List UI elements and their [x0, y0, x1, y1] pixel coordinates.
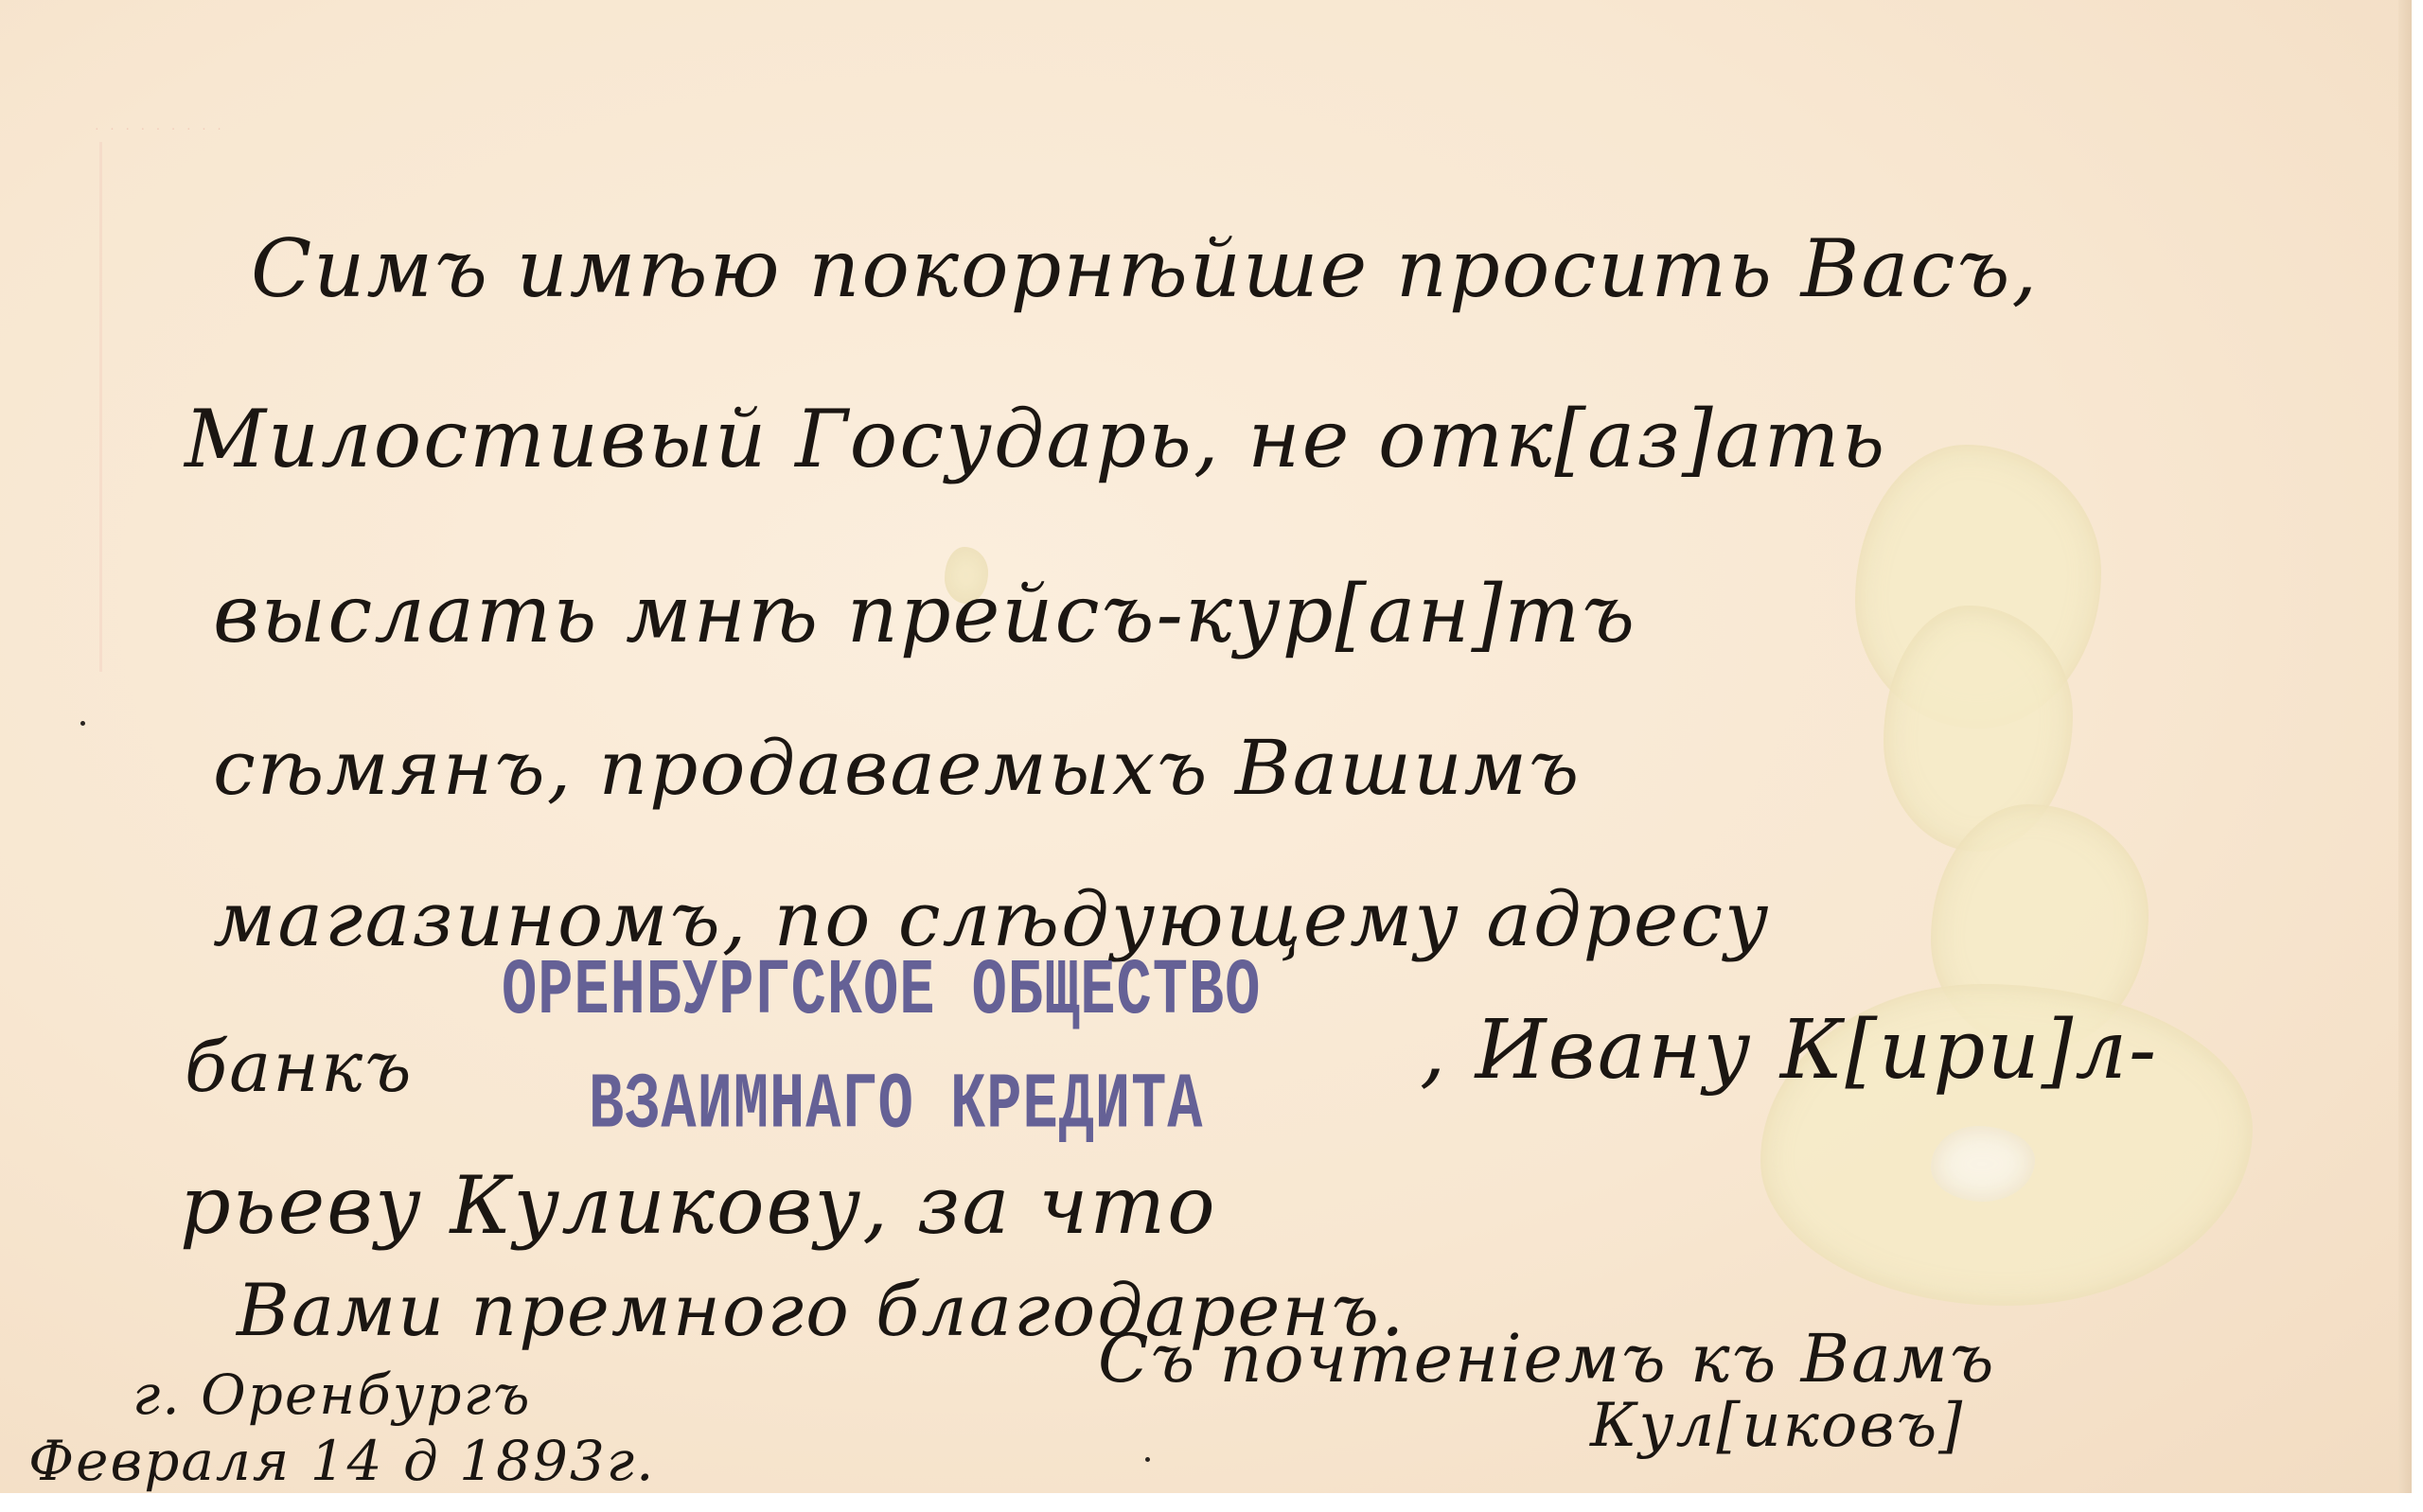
- handwriting-line-6b: , Ивану К[ири]л-: [1420, 1003, 2158, 1098]
- stamp-line-1: ОРЕНБУРГСКОЕ ОБЩЕСТВО: [502, 946, 1261, 1037]
- handwriting-line-2: Милостивый Государь, не отк[аз]ать: [185, 393, 1886, 485]
- ink-speck: [80, 721, 85, 726]
- date-of-writing: Февраля 14 д 1893г.: [28, 1429, 656, 1493]
- ink-speck: [1145, 1457, 1150, 1462]
- handwriting-line-4: сѣмянъ, продаваемыхъ Вашимъ: [213, 724, 1581, 812]
- place-of-writing: г. Оренбургъ: [133, 1363, 532, 1427]
- handwriting-line-1: Симъ имѣю покорнѣйше просить Васъ,: [251, 222, 2039, 315]
- handwriting-line-7: рьеву Куликову, за что: [180, 1159, 1217, 1252]
- faint-printed-header: · · · · · · · · ·: [95, 123, 303, 142]
- handwriting-line-3: выслать мнѣ прейсъ-кур[ан]тъ: [213, 568, 1636, 660]
- faint-printed-rule: [99, 142, 102, 672]
- handwriting-line-6a: банкъ: [185, 1027, 414, 1108]
- bank-stamp: ОРЕНБУРГСКОЕ ОБЩЕСТВО ВЗАИМНАГО КРЕДИТА: [502, 946, 1261, 1151]
- postcard: · · · · · · · · · Симъ имѣю покорнѣйше п…: [0, 0, 2412, 1493]
- stamp-line-2: ВЗАИМНАГО КРЕДИТА: [589, 1060, 1261, 1151]
- signature: Кул[иковъ]: [1590, 1391, 1964, 1461]
- card-edge: [2398, 0, 2412, 1493]
- scan-margin: [0, 1493, 2423, 1512]
- handwriting-closing: Съ почтеніемъ къ Вамъ: [1098, 1320, 1995, 1398]
